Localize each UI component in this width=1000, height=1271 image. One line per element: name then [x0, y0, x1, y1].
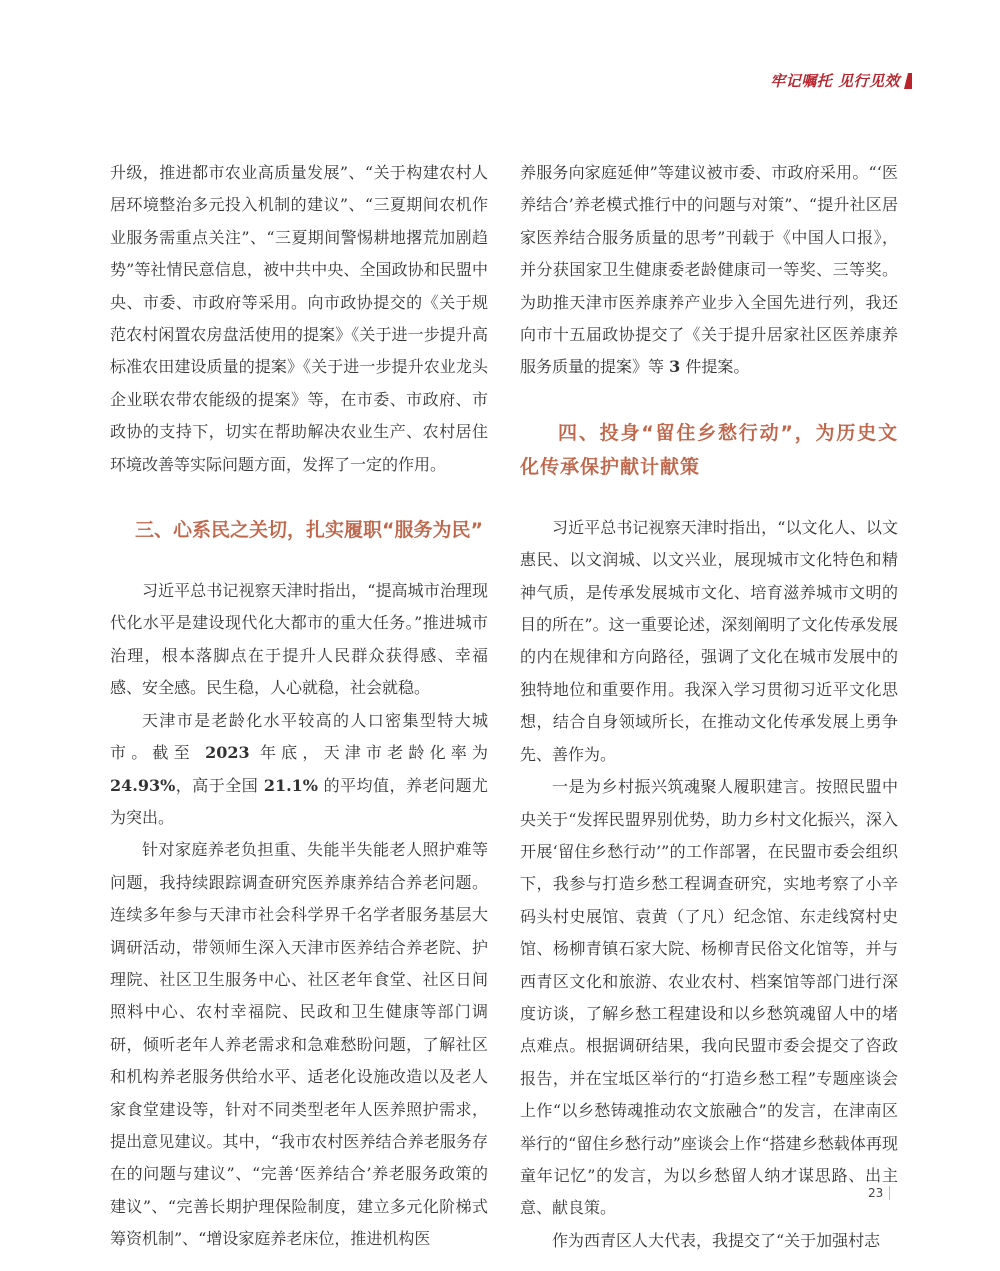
paragraph: 作为西青区人大代表，我提交了“关于加强村志 [520, 1225, 898, 1257]
paragraph: 针对家庭养老负担重、失能半失能老人照护难等问题，我持续跟踪调查研究医养康养结合养… [110, 834, 488, 1255]
aging-rate-value: 24.93% [110, 776, 175, 795]
text: ，高于全国 [175, 776, 258, 795]
text: 年底，天津市老龄化率为 [260, 743, 488, 762]
paragraph: 习近平总书记视察天津时指出，“提高城市治理现代化水平是建设现代化大都市的重大任务… [110, 575, 488, 705]
national-rate-value: 21.1% [264, 776, 318, 795]
page-footer: 23 [868, 1186, 890, 1200]
paragraph: 习近平总书记视察天津时指出，“以文化人、以文惠民、以文润城、以文兴业，展现城市文… [520, 512, 898, 771]
proposal-count: 3 [669, 357, 680, 376]
header-marker-icon [904, 73, 908, 89]
right-column: 养服务向家庭延伸”等建议被市委、市政府采用。“‘医养结合’养老模式推行中的问题与… [520, 157, 898, 1257]
paragraph-statistics: 天津市是老龄化水平较高的人口密集型特大城市。截至 2023 年底，天津市老龄化率… [110, 705, 488, 835]
paragraph: 一是为乡村振兴筑魂聚人履职建言。按照民盟中央关于“发挥民盟界别优势，助力乡村文化… [520, 771, 898, 1225]
text: 件提案。 [685, 357, 749, 376]
text: 养服务向家庭延伸”等建议被市委、市政府采用。“‘医养结合’养老模式推行中的问题与… [520, 163, 898, 376]
divider [889, 1186, 890, 1200]
paragraph: 养服务向家庭延伸”等建议被市委、市政府采用。“‘医养结合’养老模式推行中的问题与… [520, 157, 898, 384]
page-number: 23 [868, 1186, 883, 1200]
running-title: 牢记嘱托 见行见效 [770, 70, 900, 91]
paragraph: 升级，推进都市农业高质量发展”、“关于构建农村人居环境整治多元投入机制的建议”、… [110, 157, 488, 481]
left-column: 升级，推进都市农业高质量发展”、“关于构建农村人居环境整治多元投入机制的建议”、… [110, 157, 488, 1256]
year-value: 2023 [205, 743, 250, 762]
running-header: 牢记嘱托 见行见效 [770, 70, 908, 91]
section-heading-3: 三、心系民之关切，扎实履职“服务为民” [110, 513, 488, 547]
section-heading-4: 四、投身“留住乡愁行动”，为历史文化传承保护献计献策 [520, 416, 898, 484]
